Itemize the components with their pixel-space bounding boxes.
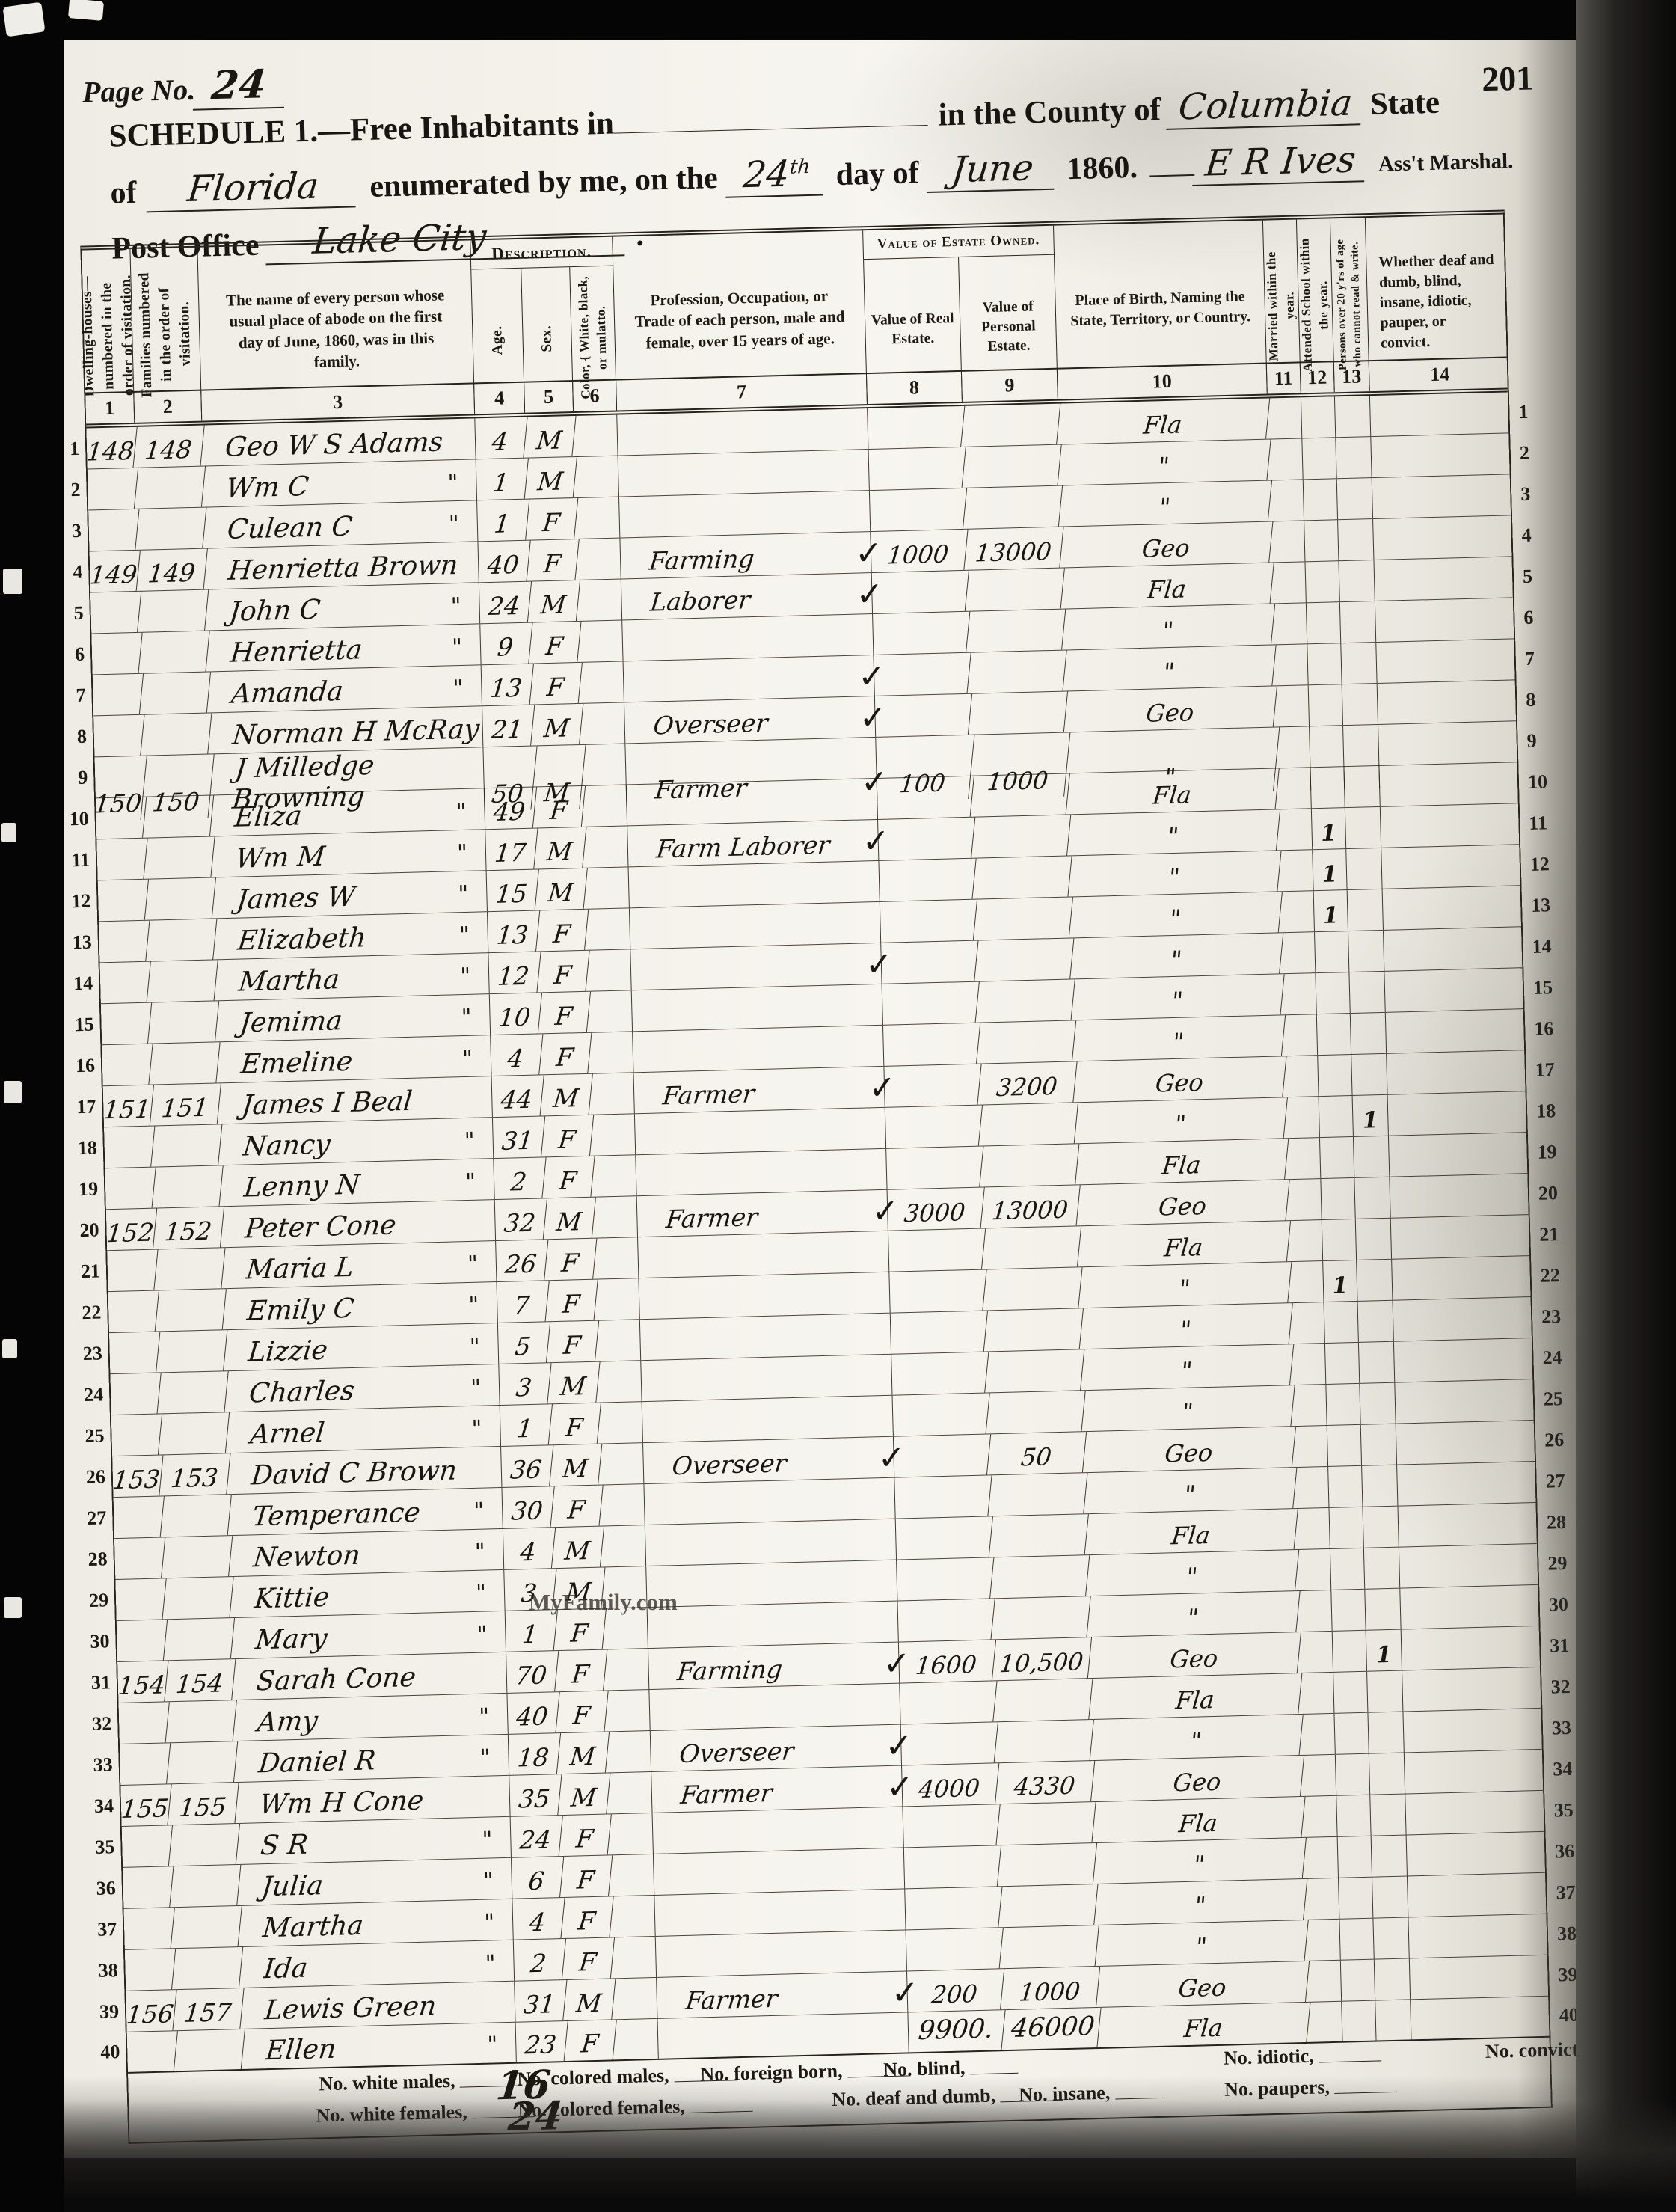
person-name: Maria L	[245, 1252, 355, 1286]
cell-married	[1308, 2002, 1342, 2042]
cell-name: Ellen "	[243, 2023, 517, 2069]
cell-cannot-read-write	[1368, 1712, 1404, 1753]
cell-married	[1275, 685, 1310, 726]
day-value: 24th	[726, 152, 828, 197]
cell-name: Emeline "	[218, 1035, 491, 1082]
tally-blank: 16	[460, 2085, 523, 2087]
cell-dwelling-number	[97, 921, 150, 963]
cell-age: 4	[511, 1898, 565, 1940]
cell-occupation	[630, 902, 881, 949]
header-school: Attended School within the year.	[1297, 218, 1335, 390]
surname-ditto: "	[484, 1909, 495, 1935]
cell-attended-school	[1324, 1302, 1359, 1343]
cell-age: 4	[489, 1034, 543, 1076]
cell-color	[587, 949, 631, 990]
surname-ditto: "	[474, 1539, 485, 1566]
scan-top-band	[0, 0, 1676, 40]
row-number-right: 1	[1518, 400, 1556, 423]
cell-attended-school	[1307, 643, 1342, 684]
cell-occupation: ✓	[630, 943, 882, 990]
row-number-left: 27	[79, 1507, 107, 1530]
cell-occupation	[633, 1026, 884, 1072]
cell-sex: M	[552, 1526, 604, 1568]
cell-family-number: 151	[150, 1083, 221, 1125]
cell-name: Culean C "	[204, 500, 478, 548]
cell-age: 6	[510, 1857, 564, 1899]
cell-age: 36	[500, 1445, 553, 1487]
cell-birthplace: Geo	[1091, 1756, 1304, 1801]
cell-real-estate	[890, 1352, 989, 1394]
cell-dwelling-number: 148	[85, 427, 138, 469]
row-number-left: 34	[87, 1795, 114, 1818]
cell-remarks	[1379, 762, 1520, 806]
cell-sex: F	[536, 910, 589, 952]
tally-blind: No. blind,	[883, 2056, 1018, 2082]
cell-dwelling-number	[102, 1127, 155, 1168]
cell-attended-school	[1333, 1672, 1368, 1713]
cell-cannot-read-write	[1370, 1794, 1406, 1835]
cell-cannot-read-write	[1356, 1219, 1392, 1260]
cell-occupation	[619, 491, 871, 537]
cell-married	[1292, 1344, 1326, 1385]
cell-name: Emily C "	[224, 1282, 498, 1329]
cell-personal-estate	[989, 1514, 1089, 1557]
cell-cannot-read-write	[1372, 1876, 1408, 1917]
row-number-right: 16	[1534, 1017, 1572, 1041]
cell-cannot-read-write	[1351, 1013, 1387, 1054]
cell-age: 70	[505, 1651, 559, 1693]
cell-real-estate	[882, 1064, 981, 1107]
cell-age: 3	[497, 1363, 551, 1405]
cell-family-number	[138, 631, 209, 673]
row-number-left: 38	[90, 1959, 118, 1982]
row-number-right: 15	[1533, 976, 1571, 999]
person-name: Wm H Cone	[258, 1786, 425, 1821]
person-name: Eliza	[233, 800, 304, 833]
person-name: Arnel	[249, 1418, 326, 1450]
row-number-right: 13	[1531, 894, 1569, 917]
surname-ditto: "	[476, 1622, 488, 1648]
cell-occupation: Overseer ✓	[651, 1725, 902, 1771]
cell-name: Charles "	[226, 1364, 500, 1412]
person-name: Culean C	[226, 512, 354, 545]
cell-real-estate	[871, 571, 969, 613]
cell-sex: F	[555, 1649, 607, 1691]
cell-color	[607, 1731, 651, 1772]
cell-occupation	[641, 1355, 892, 1401]
row-number-right: 7	[1524, 647, 1562, 670]
cell-age: 13	[480, 664, 534, 706]
cell-name: Newton "	[230, 1529, 504, 1576]
cell-color	[578, 580, 622, 621]
cell-remarks	[1371, 433, 1512, 477]
cell-name: Daniel R "	[236, 1735, 509, 1782]
cell-married	[1291, 1302, 1325, 1344]
col-num: 10	[1058, 364, 1268, 399]
cell-sex: F	[533, 786, 586, 828]
census-scan-page: Page No.24 201 Schedule 1. —Free Inhabit…	[0, 0, 1676, 2212]
cell-sex: F	[542, 1156, 595, 1198]
occupation-text: Laborer	[649, 585, 752, 616]
cell-family-number	[140, 672, 211, 714]
cell-dwelling-number	[90, 633, 142, 675]
cell-remarks	[1375, 598, 1517, 642]
cell-married	[1271, 521, 1305, 562]
cell-personal-estate	[984, 1308, 1084, 1351]
cell-family-number: 149	[137, 548, 208, 590]
cell-dwelling-number	[109, 1373, 162, 1415]
surname-ditto: "	[462, 1046, 473, 1072]
row-number-right: 23	[1541, 1305, 1580, 1328]
occupation-text: Farmer	[665, 1202, 759, 1234]
cell-age: 26	[494, 1240, 548, 1281]
cell-dwelling-number	[92, 715, 144, 757]
person-name: James W	[235, 882, 356, 916]
tally-check-mark: ✓	[859, 699, 887, 738]
cell-age: 15	[485, 869, 539, 911]
cell-attended-school	[1310, 767, 1345, 808]
cell-birthplace: "	[1094, 1879, 1307, 1925]
cell-married	[1283, 1014, 1318, 1056]
cell-real-estate	[866, 406, 965, 449]
cell-dwelling-number	[105, 1249, 158, 1291]
person-name: David C Brown	[250, 1455, 458, 1491]
cell-sex: F	[556, 1691, 608, 1732]
row-number-right: 19	[1537, 1140, 1575, 1163]
cell-real-estate	[901, 1804, 1000, 1847]
cell-remarks	[1408, 1873, 1549, 1917]
cell-attended-school	[1339, 1919, 1374, 1960]
cell-name: James W "	[214, 871, 488, 918]
occupation-text: Farmer	[661, 1079, 755, 1110]
person-name: Amanda	[230, 676, 345, 710]
row-number-left: 19	[71, 1177, 99, 1201]
cell-married	[1272, 562, 1307, 603]
cell-color	[601, 1484, 645, 1525]
cell-color	[581, 702, 625, 744]
cell-color	[599, 1402, 643, 1443]
page-no-value: 24	[193, 61, 289, 111]
cell-cannot-read-write	[1354, 1136, 1390, 1177]
header-dwelling: Dwelling-houses— numbered in the order o…	[82, 249, 135, 422]
cell-cannot-read-write	[1362, 1465, 1398, 1507]
cell-dwelling-number	[89, 592, 141, 634]
scanned-form: Page No.24 201 Schedule 1. —Free Inhabit…	[38, 20, 1603, 2177]
cell-sex: F	[565, 2020, 617, 2061]
row-number-left: 15	[67, 1014, 94, 1037]
cell-married	[1280, 891, 1315, 932]
cell-family-number	[153, 1165, 224, 1207]
col-num: 14	[1369, 358, 1511, 391]
cell-family-number	[145, 877, 216, 919]
cell-name: Henrietta "	[207, 624, 481, 671]
cell-age: 23	[515, 2021, 568, 2062]
cell-dwelling-number	[99, 962, 151, 1004]
person-name: Sarah Cone	[255, 1662, 417, 1697]
cell-remarks	[1403, 1709, 1544, 1753]
row-number-left: 13	[64, 931, 92, 955]
cell-age: 5	[497, 1322, 550, 1364]
cell-remarks	[1392, 1256, 1533, 1300]
col-num: 5	[524, 382, 574, 413]
cell-personal-estate	[977, 1020, 1076, 1063]
cell-real-estate	[881, 982, 980, 1025]
cell-family-number: 154	[165, 1659, 236, 1701]
cell-occupation: Farmer ✓	[637, 1190, 888, 1237]
cell-remarks	[1386, 1009, 1527, 1053]
cell-dwelling-number	[121, 1866, 174, 1908]
scan-right-band	[1576, 0, 1676, 2212]
cell-dwelling-number	[123, 1949, 176, 1991]
cell-birthplace: "	[1081, 1344, 1294, 1390]
cell-family-number	[167, 1741, 238, 1783]
cell-dwelling-number: 152	[105, 1208, 157, 1250]
cell-birthplace: "	[1075, 1097, 1288, 1143]
cell-color	[584, 826, 628, 867]
cell-cannot-read-write	[1342, 684, 1378, 725]
cell-family-number	[159, 1412, 230, 1454]
cell-married	[1278, 809, 1313, 850]
row-number-left: 39	[92, 2000, 120, 2023]
locality-blank	[613, 95, 928, 134]
cell-occupation: Farmer ✓	[651, 1766, 903, 1813]
cell-real-estate	[891, 1393, 990, 1436]
cell-dwelling-number	[112, 1496, 165, 1538]
cell-attended-school	[1316, 972, 1350, 1014]
cell-attended-school	[1321, 1178, 1355, 1219]
header-families: Families numbered in the order of visita…	[130, 248, 202, 420]
cell-sex: F	[562, 1937, 615, 1979]
tally-check-mark: ✓	[885, 1727, 913, 1765]
cell-occupation: Overseer ✓	[643, 1437, 894, 1483]
cell-real-estate	[868, 447, 966, 490]
cell-cannot-read-write	[1365, 1589, 1401, 1630]
cell-name: Ida "	[241, 1940, 515, 1988]
cell-married	[1307, 1961, 1342, 2002]
row-number-left: 28	[80, 1548, 108, 1571]
cell-attended-school	[1315, 931, 1349, 972]
cell-sex: M	[558, 1773, 610, 1815]
surname-ditto: "	[479, 1703, 490, 1730]
surname-ditto: "	[464, 1128, 475, 1154]
cell-attended-school	[1336, 1754, 1370, 1795]
cell-dwelling-number	[120, 1825, 173, 1867]
cell-personal-estate	[996, 1802, 1096, 1845]
tally-white-males: No. white males, 16	[319, 2068, 523, 2095]
cell-color	[586, 867, 630, 908]
cell-name: Henrietta Brown	[206, 542, 479, 589]
cell-cannot-read-write	[1369, 1753, 1405, 1795]
cell-married	[1297, 1549, 1331, 1590]
film-artifact	[3, 569, 22, 594]
cell-birthplace: "	[1058, 439, 1271, 485]
cell-occupation	[635, 1108, 886, 1154]
cell-married	[1302, 1755, 1336, 1796]
cell-occupation: Farming ✓	[620, 532, 871, 578]
cell-occupation	[654, 1848, 905, 1894]
day-of-label: day of	[835, 155, 919, 193]
cell-real-estate: 1600	[897, 1640, 996, 1682]
cell-color	[613, 1937, 657, 1978]
cell-attended-school	[1330, 1507, 1364, 1548]
cell-personal-estate: 13000	[964, 527, 1063, 570]
cell-age: 24	[478, 582, 532, 624]
cell-sex: M	[547, 1362, 600, 1404]
cell-family-number	[149, 1042, 220, 1084]
cell-color	[597, 1320, 641, 1361]
person-name: Norman H McRay	[231, 714, 481, 750]
cell-age: 40	[506, 1692, 559, 1734]
cell-attended-school	[1305, 561, 1339, 602]
cell-birthplace: Geo	[1096, 1961, 1310, 2007]
cell-dwelling-number	[114, 1578, 166, 1620]
cell-married	[1304, 1837, 1339, 1878]
cell-birthplace: "	[1069, 892, 1283, 937]
surname-ditto: "	[457, 840, 468, 866]
cell-color	[613, 1978, 657, 2019]
cell-age: 4	[502, 1528, 556, 1569]
cell-married	[1268, 397, 1302, 438]
cell-birthplace: "	[1080, 1303, 1293, 1349]
cell-remarks	[1391, 1215, 1532, 1259]
surname-ditto: "	[479, 1744, 491, 1771]
cell-cannot-read-write	[1336, 437, 1372, 478]
schedule-label: Schedule 1.	[108, 113, 319, 155]
cell-name: Amy "	[235, 1694, 509, 1741]
cell-real-estate	[889, 1311, 988, 1353]
cell-occupation	[653, 1807, 904, 1854]
cell-real-estate: 4000	[900, 1763, 999, 1806]
cell-real-estate	[874, 694, 972, 737]
state-value: Florida	[147, 164, 360, 212]
cell-dwelling-number: 154	[116, 1661, 168, 1703]
cell-attended-school	[1301, 396, 1336, 438]
cell-name: Wm M "	[212, 830, 486, 877]
cell-family-number	[147, 960, 218, 1002]
day-suffix: th	[789, 156, 811, 179]
cell-personal-estate	[972, 856, 1072, 898]
surname-ditto: "	[465, 1169, 476, 1195]
cell-married	[1299, 1632, 1333, 1673]
cell-family-number	[156, 1330, 227, 1372]
county-value: Columbia	[1166, 82, 1365, 130]
cell-remarks	[1373, 515, 1514, 560]
myfamily-watermark: MyFamily.com	[529, 1589, 678, 1616]
cell-occupation	[648, 1602, 899, 1648]
month-value: June	[927, 147, 1059, 193]
cell-occupation: Laborer ✓	[621, 573, 873, 619]
cell-attended-school	[1320, 1137, 1354, 1178]
cell-sex: M	[525, 457, 577, 499]
cell-name: Temperance "	[230, 1488, 503, 1535]
row-number-left: 37	[90, 1918, 117, 1941]
cell-real-estate	[895, 1557, 994, 1600]
cell-cannot-read-write	[1363, 1507, 1399, 1548]
cell-remarks	[1399, 1544, 1541, 1588]
row-number-left: 36	[88, 1877, 116, 1900]
cell-color	[594, 1196, 638, 1237]
tally-check-mark: ✓	[877, 1439, 906, 1477]
cell-attended-school	[1319, 1096, 1354, 1137]
film-artifact	[4, 1597, 22, 1618]
cell-attended-school	[1318, 1055, 1352, 1096]
cell-real-estate	[880, 941, 978, 984]
cell-dwelling-number: 149	[88, 551, 141, 592]
cell-cannot-read-write	[1372, 1835, 1408, 1876]
cell-personal-estate	[1000, 1925, 1099, 1968]
cell-attended-school	[1330, 1548, 1365, 1590]
cell-color	[602, 1525, 646, 1566]
marshal-title: Ass't Marshal.	[1378, 149, 1513, 177]
person-name: Elizabeth	[236, 922, 368, 956]
cell-cannot-read-write	[1340, 601, 1376, 643]
cell-dwelling-number	[87, 509, 139, 551]
cell-attended-school: 1	[1314, 890, 1348, 931]
cell-occupation	[639, 1272, 890, 1319]
cell-sex: F	[527, 539, 579, 581]
cell-married	[1273, 603, 1307, 644]
cell-real-estate	[897, 1599, 995, 1641]
row-number-left: 12	[64, 890, 91, 913]
cell-cannot-read-write	[1337, 478, 1373, 519]
cell-married	[1296, 1508, 1330, 1549]
page-no-label: Page No.	[82, 73, 196, 109]
cell-cannot-read-write	[1351, 1054, 1387, 1095]
cell-age: 40	[477, 541, 531, 583]
cell-age: 1	[499, 1404, 553, 1446]
cell-attended-school: 1	[1323, 1260, 1357, 1302]
cell-attended-school	[1325, 1343, 1360, 1384]
col-num: 7	[616, 374, 868, 410]
cell-married	[1281, 932, 1316, 973]
cell-remarks	[1396, 1421, 1538, 1465]
cell-name: Maria L "	[223, 1241, 497, 1288]
cell-married	[1292, 1385, 1327, 1426]
cell-family-number	[162, 1536, 233, 1578]
cell-birthplace: "	[1070, 933, 1283, 978]
row-number-left: 16	[68, 1055, 96, 1078]
col-num: 8	[867, 372, 963, 404]
cell-family-number	[138, 589, 209, 631]
cell-birthplace: Geo	[1088, 1632, 1301, 1678]
cell-remarks	[1393, 1297, 1535, 1341]
person-name: Emeline	[239, 1047, 354, 1080]
description-group-label: Description.	[470, 237, 613, 270]
cell-color	[580, 661, 624, 702]
cell-age: 30	[501, 1486, 555, 1528]
cell-remarks	[1408, 1914, 1550, 1958]
cell-occupation	[646, 1560, 897, 1607]
cell-occupation	[640, 1314, 891, 1360]
cell-occupation: Farm Laborer ✓	[627, 820, 879, 866]
cell-attended-school	[1339, 1878, 1373, 1919]
cell-color	[592, 1114, 636, 1155]
cell-age: 35	[508, 1774, 562, 1816]
cell-occupation	[627, 779, 878, 825]
cell-married	[1289, 1220, 1323, 1261]
cell-cannot-read-write	[1344, 766, 1380, 807]
cell-married	[1286, 1138, 1321, 1179]
tally-idiotic: No. idiotic,	[1224, 2043, 1382, 2069]
cell-married	[1286, 1097, 1320, 1138]
occupation-text: Farmer	[684, 1984, 779, 2015]
cell-sex: M	[528, 580, 580, 622]
cell-color	[592, 1155, 636, 1196]
person-name: Lenny N	[242, 1170, 361, 1204]
cell-dwelling-number	[104, 1167, 156, 1209]
cell-sex: F	[537, 951, 589, 993]
cell-married	[1294, 1426, 1328, 1467]
